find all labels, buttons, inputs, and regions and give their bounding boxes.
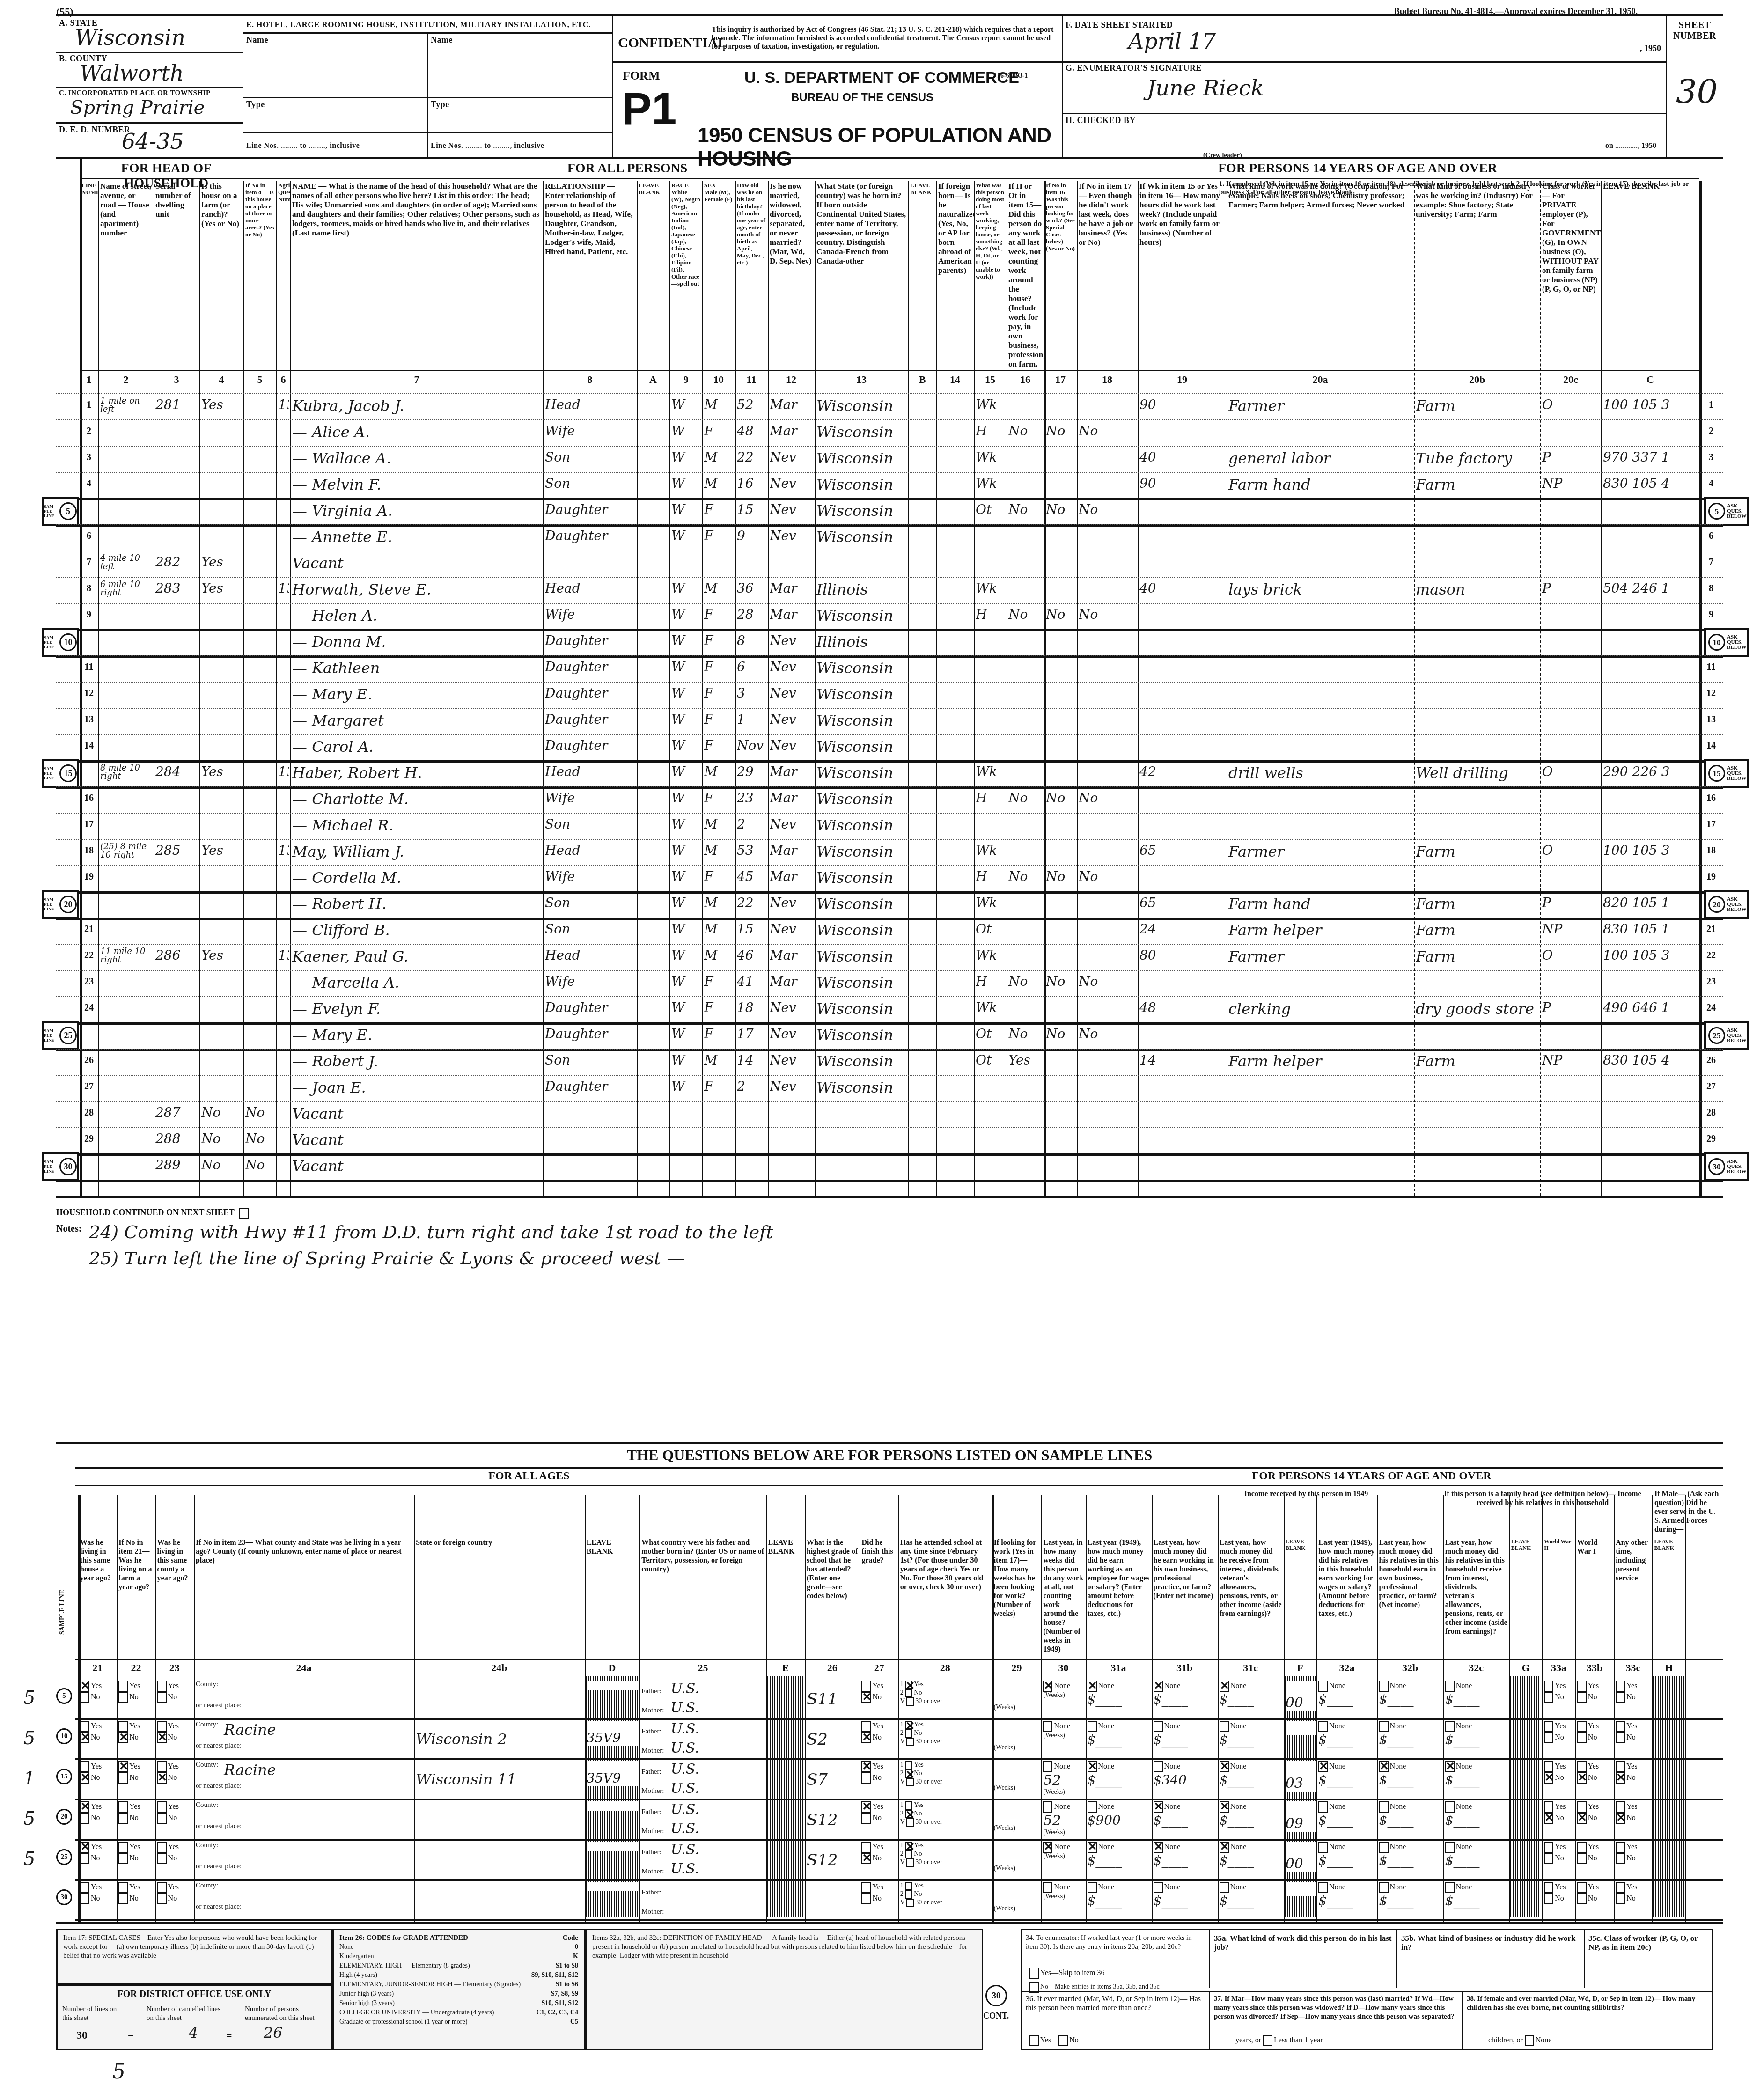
q28-no[interactable] — [905, 1729, 912, 1738]
q27-no[interactable] — [861, 1732, 871, 1743]
q33c-yes[interactable] — [1616, 1721, 1625, 1732]
state-field[interactable]: Wisconsin — [75, 25, 185, 50]
cell-mar[interactable]: Mar — [770, 790, 814, 806]
cell-born[interactable]: Wisconsin — [816, 449, 907, 467]
cell-rel[interactable]: Head — [545, 947, 636, 963]
cell-farm[interactable]: No — [201, 1131, 243, 1146]
q33c-no[interactable] — [1616, 1732, 1625, 1743]
cell-activity[interactable]: Ot — [976, 1026, 1006, 1042]
cell-rel[interactable]: Son — [545, 476, 636, 491]
q31c-amount[interactable]: $____ — [1220, 1853, 1283, 1868]
cell-agri[interactable]: 136 — [278, 580, 289, 596]
cell-occ[interactable]: Farm helper — [1228, 1052, 1413, 1070]
q32c-none[interactable] — [1445, 1761, 1455, 1772]
cell-q17[interactable]: No — [1046, 974, 1076, 989]
cell-race[interactable]: W — [671, 476, 701, 491]
q32b-amount[interactable]: $____ — [1379, 1692, 1442, 1707]
q33a-no[interactable] — [1544, 1692, 1553, 1703]
cell-name[interactable]: — Charlotte M. — [292, 790, 542, 808]
q28-no[interactable] — [905, 1890, 912, 1899]
cell-name[interactable]: — Robert H. — [292, 895, 542, 913]
cell-sex[interactable]: M — [704, 476, 734, 491]
place-field[interactable]: Spring Prairie — [70, 97, 205, 118]
q28-no[interactable] — [905, 1810, 912, 1818]
cell-race[interactable]: W — [671, 659, 701, 675]
q33c-no[interactable] — [1616, 1813, 1625, 1824]
q21-no[interactable] — [80, 1732, 89, 1743]
q32b-amount[interactable]: $____ — [1379, 1853, 1442, 1868]
cell-age[interactable]: 9 — [737, 528, 767, 543]
cell-race[interactable]: W — [671, 843, 701, 858]
q22-no[interactable] — [118, 1692, 128, 1703]
q31a-amount[interactable]: $____ — [1088, 1853, 1151, 1868]
cell-serial[interactable]: 285 — [155, 843, 198, 858]
cell-serial[interactable]: 288 — [155, 1131, 198, 1146]
cell-rel[interactable]: Head — [545, 397, 636, 412]
cell-farm[interactable]: Yes — [201, 397, 243, 412]
grade-value[interactable]: S7 — [807, 1761, 859, 1789]
cell-born[interactable]: Wisconsin — [816, 397, 907, 415]
q21-yes[interactable] — [80, 1681, 89, 1692]
cell-occ[interactable]: Farmer — [1228, 397, 1413, 415]
cell-farm[interactable]: Yes — [201, 843, 243, 858]
q33b-no[interactable] — [1577, 1692, 1587, 1703]
cell-rel[interactable]: Son — [545, 921, 636, 937]
cell-cls[interactable]: NP — [1542, 921, 1600, 937]
cell-occ[interactable]: Farmer — [1228, 843, 1413, 860]
cell-sex[interactable]: F — [704, 502, 734, 517]
q32a-none[interactable] — [1318, 1801, 1328, 1813]
cell-name[interactable]: — Alice A. — [292, 423, 542, 441]
q31a-amount[interactable]: $____ — [1088, 1772, 1151, 1787]
cell-activity[interactable]: Ot — [976, 921, 1006, 937]
q31a-none[interactable] — [1088, 1842, 1097, 1853]
cell-age[interactable]: 22 — [737, 895, 767, 910]
cell-born[interactable]: Wisconsin — [816, 476, 907, 493]
cell-race[interactable]: W — [671, 738, 701, 753]
q32b-none[interactable] — [1379, 1801, 1389, 1813]
cell-race[interactable]: W — [671, 869, 701, 884]
cell-name[interactable]: Vacant — [292, 1157, 542, 1175]
cell-agri[interactable]: 134 — [278, 397, 289, 412]
q28-yes[interactable] — [905, 1681, 912, 1689]
cell-name[interactable]: — Mary E. — [292, 1026, 542, 1044]
q31c-none[interactable] — [1220, 1882, 1229, 1893]
q33b-yes[interactable] — [1577, 1681, 1587, 1692]
cell-race[interactable]: W — [671, 1052, 701, 1068]
cancelled-lines-value[interactable]: 4 — [189, 2028, 198, 2037]
cell-rel[interactable]: Wife — [545, 869, 636, 884]
q31a-amount[interactable]: $900 — [1088, 1813, 1151, 1828]
q32b-amount[interactable]: $____ — [1379, 1732, 1442, 1747]
cell-ind[interactable]: Farm — [1416, 843, 1539, 860]
cell-name[interactable]: — Evelyn F. — [292, 1000, 542, 1018]
q33b-no[interactable] — [1577, 1853, 1587, 1864]
grade-value[interactable]: S12 — [807, 1842, 859, 1870]
q28-yes[interactable] — [905, 1842, 912, 1850]
cell-cls[interactable]: O — [1542, 764, 1600, 779]
county-value[interactable]: Racine — [224, 1761, 276, 1779]
q31a-none[interactable] — [1088, 1761, 1097, 1772]
cell-sex[interactable]: M — [704, 843, 734, 858]
cell-activity[interactable]: H — [976, 423, 1006, 439]
q32a-none[interactable] — [1318, 1882, 1328, 1893]
cell-mar[interactable]: Nev — [770, 449, 814, 465]
cell-sex[interactable]: F — [704, 1079, 734, 1094]
cell-occ[interactable]: general labor — [1228, 449, 1413, 467]
q32c-amount[interactable]: $____ — [1445, 1853, 1508, 1868]
q31b-amount[interactable]: $____ — [1154, 1692, 1217, 1707]
cell-race[interactable]: W — [671, 947, 701, 963]
cell-sex[interactable]: M — [704, 895, 734, 910]
q23-no[interactable] — [157, 1772, 167, 1784]
cell-born[interactable]: Wisconsin — [816, 659, 907, 677]
q32c-amount[interactable]: $____ — [1445, 1893, 1508, 1908]
cell-mar[interactable]: Nev — [770, 659, 814, 675]
cell-hours[interactable]: 48 — [1139, 1000, 1226, 1015]
cell-name[interactable]: — Annette E. — [292, 528, 542, 546]
q21-yes[interactable] — [80, 1842, 89, 1853]
cell-sex[interactable]: F — [704, 869, 734, 884]
cell-rel[interactable]: Wife — [545, 974, 636, 989]
q31a-amount[interactable]: $____ — [1088, 1692, 1151, 1707]
cell-street[interactable]: 11 mile 10 right — [100, 947, 153, 964]
cell-age[interactable]: 48 — [737, 423, 767, 439]
state-value[interactable] — [416, 1681, 583, 1690]
q31b-none[interactable] — [1154, 1842, 1163, 1853]
q28-yes[interactable] — [905, 1882, 912, 1890]
q31c-amount[interactable]: $____ — [1220, 1692, 1283, 1707]
q31c-amount[interactable]: $____ — [1220, 1813, 1283, 1828]
cell-race[interactable]: W — [671, 528, 701, 543]
cell-activity[interactable]: Wk — [976, 843, 1006, 858]
cell-mar[interactable]: Nev — [770, 712, 814, 727]
q30-none[interactable] — [1043, 1761, 1052, 1772]
cell-rel[interactable]: Daughter — [545, 633, 636, 648]
cell-hours[interactable]: 24 — [1139, 921, 1226, 937]
cell-c[interactable]: 490 646 1 — [1603, 1000, 1698, 1015]
cell-q18[interactable]: No — [1079, 869, 1137, 884]
q22-yes[interactable] — [118, 1681, 128, 1692]
cell-q16[interactable]: No — [1008, 607, 1043, 622]
q32a-amount[interactable]: $____ — [1318, 1893, 1376, 1908]
q31b-none[interactable] — [1154, 1801, 1163, 1813]
q32c-amount[interactable]: $____ — [1445, 1692, 1508, 1707]
cell-street[interactable]: 8 mile 10 right — [100, 764, 153, 781]
cell-sex[interactable]: F — [704, 607, 734, 622]
cell-born[interactable]: Wisconsin — [816, 1052, 907, 1070]
grade-value[interactable]: S12 — [807, 1801, 859, 1829]
q34-yes-checkbox[interactable] — [1029, 1968, 1039, 1979]
q31c-amount[interactable]: $____ — [1220, 1732, 1283, 1747]
cell-farm[interactable]: No — [201, 1105, 243, 1120]
cell-age[interactable]: 1 — [737, 712, 767, 727]
q22-no[interactable] — [118, 1813, 128, 1824]
cell-street[interactable]: (25) 8 mile 10 right — [100, 843, 153, 859]
cell-born[interactable]: Wisconsin — [816, 816, 907, 834]
q33b-no[interactable] — [1577, 1893, 1587, 1904]
state-value[interactable]: Wisconsin 2 — [416, 1721, 583, 1748]
cell-race[interactable]: W — [671, 974, 701, 989]
q36-no-checkbox[interactable] — [1058, 2035, 1068, 2046]
q31b-none[interactable] — [1154, 1761, 1163, 1772]
q29-weeks[interactable]: (Weeks) — [994, 1761, 1041, 1792]
cell-hours[interactable]: 14 — [1139, 1052, 1226, 1068]
q28-30[interactable] — [906, 1899, 914, 1907]
enumerator-signature[interactable]: June Rieck — [1147, 75, 1264, 101]
cell-age[interactable]: 17 — [737, 1026, 767, 1042]
q33a-yes[interactable] — [1544, 1721, 1553, 1732]
cell-ind[interactable]: Tube factory — [1416, 449, 1539, 467]
cell-activity[interactable]: Wk — [976, 1000, 1006, 1015]
cell-name[interactable]: Vacant — [292, 1131, 542, 1149]
q31b-amount[interactable]: $____ — [1154, 1732, 1217, 1747]
cell-sex[interactable]: M — [704, 816, 734, 832]
q32c-none[interactable] — [1445, 1721, 1455, 1732]
q33c-yes[interactable] — [1616, 1681, 1625, 1692]
cell-name[interactable]: — Cordella M. — [292, 869, 542, 887]
cell-rel[interactable]: Wife — [545, 790, 636, 806]
cell-sex[interactable]: M — [704, 580, 734, 596]
cell-race[interactable]: W — [671, 633, 701, 648]
cell-name[interactable]: Horwath, Steve E. — [292, 580, 542, 598]
grade-value[interactable]: S11 — [807, 1681, 859, 1709]
q32a-none[interactable] — [1318, 1721, 1328, 1732]
cell-sex[interactable]: M — [704, 397, 734, 412]
cell-agri[interactable]: 136 — [278, 843, 289, 858]
q22-no[interactable] — [118, 1893, 128, 1904]
cell-age[interactable]: 2 — [737, 816, 767, 832]
father-value[interactable]: U.S. — [671, 1681, 699, 1697]
cell-q17[interactable]: No — [1046, 502, 1076, 517]
q31b-none[interactable] — [1154, 1882, 1163, 1893]
cell-q17[interactable]: No — [1046, 790, 1076, 806]
cell-race[interactable]: W — [671, 790, 701, 806]
cell-race[interactable]: W — [671, 712, 701, 727]
cell-mar[interactable]: Mar — [770, 947, 814, 963]
cell-q17[interactable]: No — [1046, 1026, 1076, 1042]
q38-none-checkbox[interactable] — [1525, 2035, 1534, 2046]
cell-rel[interactable]: Daughter — [545, 1026, 636, 1042]
cell-cls[interactable]: O — [1542, 397, 1600, 412]
cell-c[interactable]: 830 105 4 — [1603, 476, 1698, 491]
cell-mar[interactable]: Nev — [770, 1000, 814, 1015]
cell-mar[interactable]: Mar — [770, 843, 814, 858]
cell-activity[interactable]: Wk — [976, 764, 1006, 779]
ed-field[interactable]: 64-35 — [122, 129, 184, 154]
state-value[interactable] — [416, 1842, 583, 1851]
q31c-amount[interactable]: $____ — [1220, 1772, 1283, 1787]
q30-weeks-value[interactable]: 52 — [1043, 1813, 1084, 1829]
cell-sex[interactable]: M — [704, 449, 734, 465]
cell-rel[interactable]: Wife — [545, 423, 636, 439]
cell-mar[interactable]: Mar — [770, 869, 814, 884]
cell-rel[interactable]: Wife — [545, 607, 636, 622]
cell-name[interactable]: — Clifford B. — [292, 921, 542, 939]
cell-born[interactable]: Wisconsin — [816, 712, 907, 729]
q30-none[interactable] — [1043, 1842, 1052, 1853]
cell-q17[interactable]: No — [1046, 607, 1076, 622]
q27-no[interactable] — [861, 1893, 871, 1904]
cell-q18[interactable]: No — [1079, 607, 1137, 622]
cell-hours[interactable]: 40 — [1139, 449, 1226, 465]
q33c-no[interactable] — [1616, 1692, 1625, 1703]
cell-sex[interactable]: F — [704, 423, 734, 439]
q32c-none[interactable] — [1445, 1882, 1455, 1893]
cell-serial[interactable]: 281 — [155, 397, 198, 412]
mother-value[interactable]: U.S. — [671, 1740, 699, 1756]
q29-weeks[interactable]: (Weeks) — [994, 1801, 1041, 1832]
q28-no[interactable] — [905, 1689, 912, 1697]
q32a-none[interactable] — [1318, 1842, 1328, 1853]
cell-occ[interactable]: clerking — [1228, 1000, 1413, 1018]
cell-race[interactable]: W — [671, 502, 701, 517]
q33c-no[interactable] — [1616, 1853, 1625, 1864]
cell-age[interactable]: 3 — [737, 685, 767, 701]
cell-cls[interactable]: NP — [1542, 476, 1600, 491]
cell-activity[interactable]: H — [976, 869, 1006, 884]
cell-q18[interactable]: No — [1079, 790, 1137, 806]
sheet-number[interactable]: 30 — [1676, 73, 1718, 111]
q33a-yes[interactable] — [1544, 1842, 1553, 1853]
cell-agri[interactable]: 137 — [278, 947, 289, 963]
q31a-amount[interactable]: $____ — [1088, 1893, 1151, 1908]
cell-serial[interactable]: 289 — [155, 1157, 198, 1173]
father-value[interactable]: U.S. — [671, 1761, 699, 1777]
cell-mar[interactable]: Mar — [770, 397, 814, 412]
q33a-no[interactable] — [1544, 1893, 1553, 1904]
cell-mar[interactable]: Nev — [770, 921, 814, 937]
q21-no[interactable] — [80, 1853, 89, 1864]
cell-mar[interactable]: Mar — [770, 423, 814, 439]
q31a-none[interactable] — [1088, 1721, 1097, 1732]
q31b-none[interactable] — [1154, 1681, 1163, 1692]
cell-mar[interactable]: Nev — [770, 502, 814, 517]
cell-born[interactable]: Wisconsin — [816, 974, 907, 991]
cell-age[interactable]: 29 — [737, 764, 767, 779]
q33a-yes[interactable] — [1544, 1882, 1553, 1893]
q23-no[interactable] — [157, 1692, 167, 1703]
cell-activity[interactable]: Wk — [976, 947, 1006, 963]
cell-born[interactable]: Wisconsin — [816, 843, 907, 860]
cell-occ[interactable]: drill wells — [1228, 764, 1413, 782]
cell-age[interactable]: 16 — [737, 476, 767, 491]
cell-street[interactable]: 4 mile 10 left — [100, 554, 153, 571]
q28-no[interactable] — [905, 1850, 912, 1858]
cell-race[interactable]: W — [671, 423, 701, 439]
cell-mar[interactable]: Nev — [770, 633, 814, 648]
cell-born[interactable]: Wisconsin — [816, 423, 907, 441]
cell-c[interactable]: 290 226 3 — [1603, 764, 1698, 779]
q29-weeks[interactable]: (Weeks) — [994, 1842, 1041, 1872]
cell-mar[interactable]: Nev — [770, 685, 814, 701]
cell-ind[interactable]: Farm — [1416, 947, 1539, 965]
cell-born[interactable]: Illinois — [816, 633, 907, 651]
cell-sex[interactable]: M — [704, 764, 734, 779]
cell-mar[interactable]: Nev — [770, 1052, 814, 1068]
cell-race[interactable]: W — [671, 449, 701, 465]
cell-occ[interactable]: Farmer — [1228, 947, 1413, 965]
cell-name[interactable]: Vacant — [292, 554, 542, 572]
cell-q16[interactable]: No — [1008, 423, 1043, 439]
q32b-none[interactable] — [1379, 1842, 1389, 1853]
q28-yes[interactable] — [905, 1721, 912, 1729]
cell-age[interactable]: 2 — [737, 1079, 767, 1094]
cell-c[interactable]: 100 105 3 — [1603, 397, 1698, 412]
cell-age[interactable]: 28 — [737, 607, 767, 622]
q33b-no[interactable] — [1577, 1813, 1587, 1824]
cell-c[interactable]: 100 105 3 — [1603, 947, 1698, 963]
q27-no[interactable] — [861, 1772, 871, 1784]
mother-value[interactable]: U.S. — [671, 1861, 699, 1877]
cell-rel[interactable]: Son — [545, 1052, 636, 1068]
q33b-yes[interactable] — [1577, 1882, 1587, 1893]
cell-race[interactable]: W — [671, 1079, 701, 1094]
q28-no[interactable] — [905, 1770, 912, 1778]
cell-cls[interactable]: P — [1542, 895, 1600, 910]
cell-rel[interactable]: Daughter — [545, 1079, 636, 1094]
cell-mar[interactable]: Nev — [770, 816, 814, 832]
q21-yes[interactable] — [80, 1801, 89, 1813]
cell-c[interactable]: 504 246 1 — [1603, 580, 1698, 596]
q32b-none[interactable] — [1379, 1761, 1389, 1772]
cell-age[interactable]: 45 — [737, 869, 767, 884]
cell-name[interactable]: — Mary E. — [292, 685, 542, 703]
father-value[interactable]: U.S. — [671, 1801, 699, 1818]
q32b-amount[interactable]: $____ — [1379, 1893, 1442, 1908]
q22-no[interactable] — [118, 1732, 128, 1743]
cell-occ[interactable]: Farm hand — [1228, 476, 1413, 493]
q32b-none[interactable] — [1379, 1681, 1389, 1692]
q30-none[interactable] — [1043, 1801, 1052, 1813]
cell-serial[interactable]: 286 — [155, 947, 198, 963]
cell-sex[interactable]: F — [704, 1026, 734, 1042]
mother-value[interactable]: U.S. — [671, 1821, 699, 1837]
cell-mar[interactable]: Nev — [770, 738, 814, 753]
cell-ind[interactable]: Well drilling — [1416, 764, 1539, 782]
cell-q16[interactable]: No — [1008, 869, 1043, 884]
cell-name[interactable]: — Robert J. — [292, 1052, 542, 1070]
cell-mar[interactable]: Nev — [770, 1079, 814, 1094]
cell-street[interactable]: 6 mile 10 right — [100, 580, 153, 597]
date-field[interactable]: April 17 — [1128, 29, 1216, 54]
cell-cls[interactable]: P — [1542, 580, 1600, 596]
q33a-no[interactable] — [1544, 1732, 1553, 1743]
cell-q16[interactable]: No — [1008, 1026, 1043, 1042]
q22-no[interactable] — [118, 1772, 128, 1784]
q32c-amount[interactable]: $____ — [1445, 1732, 1508, 1747]
cell-cls[interactable]: P — [1542, 449, 1600, 465]
q31c-amount[interactable]: $____ — [1220, 1893, 1283, 1908]
cell-age[interactable]: 23 — [737, 790, 767, 806]
cell-name[interactable]: — Melvin F. — [292, 476, 542, 493]
cell-sex[interactable]: M — [704, 921, 734, 937]
q31a-amount[interactable]: $____ — [1088, 1732, 1151, 1747]
cell-rel[interactable]: Head — [545, 843, 636, 858]
q28-30[interactable] — [906, 1778, 914, 1786]
cell-rel[interactable]: Son — [545, 895, 636, 910]
cell-rel[interactable]: Daughter — [545, 528, 636, 543]
q22-no[interactable] — [118, 1853, 128, 1864]
q23-yes[interactable] — [157, 1681, 167, 1692]
cell-name[interactable]: — Carol A. — [292, 738, 542, 756]
cell-ind[interactable]: mason — [1416, 580, 1539, 598]
q31a-none[interactable] — [1088, 1882, 1097, 1893]
q22-yes[interactable] — [118, 1801, 128, 1813]
cell-serial[interactable]: 282 — [155, 554, 198, 570]
cell-name[interactable]: Haber, Robert H. — [292, 764, 542, 782]
cell-activity[interactable]: Wk — [976, 895, 1006, 910]
